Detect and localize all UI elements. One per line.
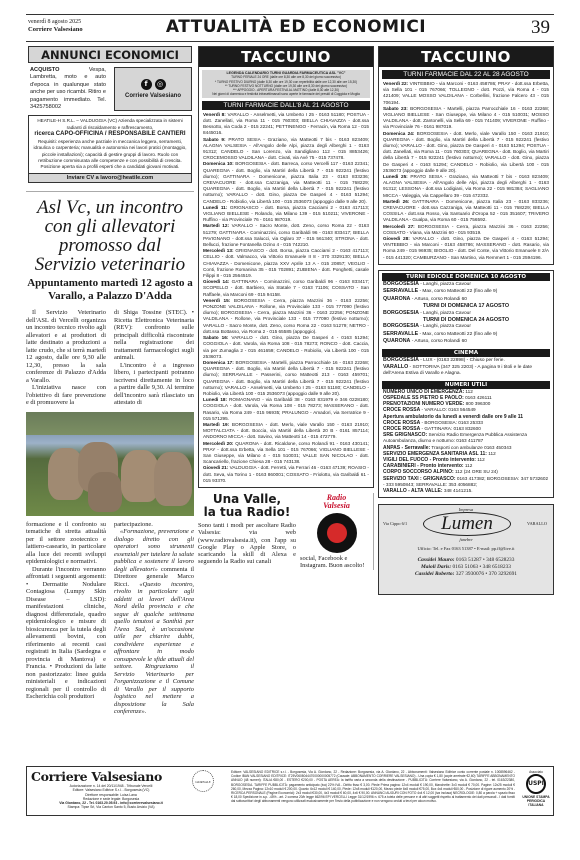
article-paragraph: di Shiga Tossine (STEC). • Ricetta Elett…	[114, 309, 194, 362]
pharmacy-entry: Sabato 16: VARALLO - dott. Gino, piazza …	[203, 335, 369, 360]
right-column: TACCUINO TURNI FARMACIE DAL 22 AL 28 AGO…	[378, 46, 554, 595]
edicola-line: SERRAVALLE - Max, corso Matteotti 22 (fi…	[379, 331, 553, 338]
edicola-line-value: - Langhi, piazza Cavour	[419, 324, 471, 329]
pharmacy-text: PRATO SESIA - Graziano, via Matteotti 7 …	[203, 137, 369, 161]
numero-utile-value: - VARALLO: 0163 564549	[420, 407, 475, 412]
numeri-utili-header: NUMERI UTILI	[382, 381, 550, 389]
header-dateline: venerdì 8 agosto 2025 Corriere Valsesian…	[28, 18, 83, 34]
edicola-line-label: SERRAVALLE	[383, 288, 418, 294]
article-subtitle: Appuntamento martedì 12 agosto a Varallo…	[26, 277, 194, 303]
social-box[interactable]: f ◎ Corriere Valsesiano	[114, 67, 192, 111]
pharmacy-day: Sabato 16:	[203, 335, 228, 340]
numero-utile-label: SRE GRIGNASCO:	[383, 432, 427, 438]
lumen-person-phones: 327 3930076 • 370 3292691	[454, 571, 517, 577]
lumen-person-phones: 0163 51063 • 348 6518233	[451, 564, 511, 570]
article-columns-bottom: formazione e il confronto su tematiche d…	[26, 521, 194, 716]
info-box: TURNI EDICOLE DOMENICA 10 AGOSTO BORGOSE…	[378, 270, 554, 498]
edicola-line: QUARONA - Artuso, corso Rolandi 60	[379, 338, 553, 345]
cinema-list: BORGOSESIA - LUX - (0163 22898) - Chiuso…	[379, 357, 553, 378]
article-col-1-bottom: formazione e il confronto su tematiche d…	[26, 521, 106, 716]
vinyl-mascot-icon	[317, 513, 357, 553]
edicola-line-value: - Langhi, piazza Cavour	[419, 282, 471, 287]
edicola-line: BORGOSESIA - Langhi, piazza Cavour	[379, 323, 553, 330]
numero-utile-value: 800 396300	[464, 401, 490, 406]
edicola-line-label: SERRAVALLE	[383, 331, 418, 337]
article-paragraph: L'incontro è a ingresso libero, i partec…	[114, 362, 194, 407]
numero-utile-label: OSPEDALE SS PIETRO E PAOLO:	[383, 395, 464, 401]
pharmacy-day: Martedì 12:	[203, 223, 229, 228]
numero-utile-value: 348 4141215.	[443, 488, 473, 493]
pharmacy-entry: Lunedì 25: PRATO SESIA - Graziano, via M…	[383, 174, 549, 199]
header-date: venerdì 8 agosto 2025	[28, 18, 83, 26]
numero-utile-value: Trasporti con ambulanze 0163 450343	[430, 445, 511, 450]
pharmacy-day: Venerdì 8:	[203, 112, 226, 117]
acquisto-row: ACQUISTO Vespa, Lambretta, moto e auto d…	[26, 67, 194, 111]
numero-utile-label: VARALLO - ALTA VALLE:	[383, 488, 443, 494]
pharmacy-day: Lunedì 11:	[203, 205, 227, 210]
radio-logo: Radio Valsesia	[323, 494, 350, 510]
pharmacy-text: BORGOSESIA - dott. Merlo, viale Varallo …	[383, 131, 549, 173]
numero-utile-value: 112 (24 ORE SU 24)	[454, 469, 498, 474]
radio-logo-line: Valsesia	[323, 502, 350, 510]
stamp-icon: GIORNALE	[192, 770, 214, 792]
pharmacy-entry: Lunedì 11: GRIGNASCO - dott. Borsa, piaz…	[203, 205, 369, 224]
numero-utile-label: ANPAS - Serravalle:	[383, 445, 430, 451]
pharmacy-entry: Domenica 17: BORGOSESIA - Martelli, piaz…	[203, 360, 369, 397]
lumen-ad: Impresa Via Cippo 6/1 Lumen VARALLO fune…	[378, 504, 554, 595]
article-col-1: Il Servizio Veterinario dell'ASL di Verc…	[26, 309, 106, 407]
edicola-line-value: - Max, corso Matteotti 22 (fino alle 9)	[418, 332, 497, 337]
numero-utile-value: 112	[476, 457, 485, 462]
masthead-footer: Corriere Valsesiano GIORNALE Autorizzazi…	[26, 766, 554, 816]
turni-header: TURNI FARMACIE DAL 22 AL 28 AGOSTO	[382, 70, 550, 79]
pharmacy-day: Martedì 26:	[383, 199, 409, 204]
edicole-group: BORGOSESIA - Langhi, piazza CavourSERRAV…	[379, 281, 553, 303]
social-name: Corriere Valsesiano	[125, 93, 181, 99]
pharmacy-entry: Domenica 24: BORGOSESIA - dott. Merlo, v…	[383, 131, 549, 174]
numero-utile: SRE GRIGNASCO: Servizio Radio Emergenza …	[379, 432, 553, 444]
lumen-contact-person: Maioli Daris: 0163 51063 • 348 6518233	[379, 564, 553, 571]
radio-title: Una Valle, la tua Radio!	[198, 493, 296, 519]
pharmacy-day: Lunedì 18:	[203, 397, 227, 402]
uspi-text: UNIONE STAMPA PERIODICA ITALIANA	[519, 795, 553, 807]
heatile-body: Requisiti: esperienza anche parziale in …	[32, 139, 188, 171]
cinema-line: BORGOSESIA - LUX - (0163 22898) - Chiuso…	[379, 357, 553, 364]
pharmacy-entry: Lunedì 18: ROMAGNANO - via Garibaldi 38 …	[203, 397, 369, 422]
numero-utile: SERVIZIO TAXI : GRIGNASCO: 0163 417382; …	[379, 476, 553, 488]
numero-utile-label: CROCE ROSSA	[383, 426, 420, 432]
numero-utile-value: 112	[464, 389, 473, 394]
uspi-logo-icon: USPI	[526, 774, 546, 794]
edicola-line-label: QUARONA	[383, 296, 410, 302]
radio-ad-text: Una Valle, la tua Radio! Sono tanti i mo…	[198, 493, 300, 570]
edicola-line-label: QUARONA	[383, 338, 410, 344]
turni-list: Venerdì 8: VARALLO - Anselmetti, via Umb…	[199, 110, 373, 487]
numero-utile-label: CORPO SOCCORSO ALPINO:	[383, 469, 454, 475]
pharmacy-entry: Martedì 19: BORGOSESIA - dott. Merlo, vi…	[203, 422, 369, 441]
numero-utile-label: NUMERO UNICO DI EMERGENZA:	[383, 389, 464, 395]
lumen-person-phones: 0163 51287 • 348 6528233	[455, 557, 515, 563]
cows-photo	[26, 412, 194, 516]
pharmacy-entry: Venerdì 15: BORGOSESIA - Cerra, piazza M…	[203, 298, 369, 335]
pharmacy-entry: Venerdì 22: VINTEBBIO - via Marconi - 01…	[383, 81, 549, 106]
edicola-line-label: BORGOSESIA	[383, 323, 419, 329]
edicole-header: TURNI EDICOLE DOMENICA 10 AGOSTO	[382, 273, 550, 281]
pharmacy-day: Venerdì 15:	[203, 298, 230, 303]
cow-shape	[154, 452, 192, 506]
numero-utile-label: VIGILI DEL FUOCO - Pronto intervento:	[383, 457, 476, 463]
turni-list: Venerdì 22: VINTEBBIO - via Marconi - 01…	[379, 79, 553, 264]
footer-print: Stampa: Tipse Srl, Via Canton Santo 5, B…	[31, 805, 191, 809]
edicola-line-value: - Langhi, piazza Cavour	[419, 311, 471, 316]
numero-utile-value: 112	[464, 463, 473, 468]
pharmacy-day: Domenica 10:	[203, 161, 234, 166]
middle-column: TACCUINO LEGENDA CALENDARIO TURNI GUARDI…	[198, 46, 374, 570]
numero-utile-value: 112	[487, 451, 496, 456]
legend-line: Nei giorni di domenica e festività infra…	[204, 92, 368, 96]
pharmacy-text: VINTEBBIO - via Marconi - 0163 458786; P…	[383, 81, 549, 105]
lumen-contacts: Ufficio: Tel. e Fax 0163 51387 • E-mail:…	[379, 546, 553, 551]
pharmacy-day: Mercoledì 13:	[203, 248, 234, 253]
radio-body: Sono tanti i modi per ascoltare Radio Va…	[198, 522, 296, 566]
numero-utile-label: CROCE ROSSA	[383, 407, 420, 413]
heatile-cta[interactable]: Inviare CV a lavoro@heatile.com	[29, 173, 191, 182]
edicola-line-value: - Artuso, corso Rolandi 60	[410, 297, 467, 302]
article-col-2: di Shiga Tossine (STEC). • Ricetta Elett…	[114, 309, 194, 407]
article-paragraph: partecipazione.	[114, 521, 194, 529]
edicola-line-label: BORGOSESIA	[383, 281, 419, 287]
pharmacy-entry: Giovedì 28: VARALLO - dott. Gino, piazza…	[383, 236, 549, 261]
lumen-funebre: funebre	[379, 537, 553, 542]
article-paragraph: formazione e il confronto su tematiche d…	[26, 521, 106, 566]
pharmacy-day: Mercoledì 20:	[203, 441, 233, 446]
lumen-person-name: Maioli Daris:	[421, 564, 451, 570]
edicola-line-value: - Artuso, corso Rolandi 60	[410, 339, 467, 344]
cow-shape	[88, 472, 122, 512]
lumen-person-name: Cassidei Roberto:	[415, 571, 454, 577]
edicole-group: BORGOSESIA - Langhi, piazza CavourSERRAV…	[379, 323, 553, 345]
numero-utile-label: CROCE ROSSA	[383, 420, 420, 426]
edicola-line-label: BORGOSESIA	[383, 310, 419, 316]
turni-header: TURNI FARMACIE DALL'8 AL 21 AGOSTO	[202, 101, 370, 110]
pharmacy-day: Domenica 24:	[383, 131, 414, 136]
numero-utile-label: SERVIZIO EMERGENZA SANITARIA ASL 11:	[383, 451, 487, 457]
pharmacy-entry: Mercoledì 20: QUARONA - dott. Ricaldone,…	[203, 441, 369, 466]
edicola-line-value: - Max, corso Matteotti 22 (fino alle 9)	[418, 289, 497, 294]
pharmacy-text: BORGOSESIA - dott. Barreca, corso Vercel…	[203, 161, 369, 203]
article-paragraph: Durante l'incontro verranno affrontati i…	[26, 566, 106, 701]
radio-ad: Una Valle, la tua Radio! Sono tanti i mo…	[198, 493, 374, 570]
pharmacy-entry: Martedì 26: GATTINARA - Domenicone, piaz…	[383, 199, 549, 224]
acquisto-text: Vespa, Lambretta, moto e auto d'epoca in…	[30, 67, 106, 110]
article-quote: «Questo incontro, rivolto in particolare…	[114, 581, 194, 716]
numero-utile-value: - GATTINARA: 0163 832600	[420, 426, 481, 431]
instagram-icon[interactable]: ◎	[155, 79, 166, 90]
footer-legal: Editore: VALSESIANO EDITRICE s.r.l. - Bo…	[227, 767, 519, 815]
pharmacy-text: ROMAGNANO - via Garibaldi 38 - 0163 8319…	[203, 397, 369, 421]
annunci-header: ANNUNCI ECONOMICI	[28, 46, 192, 63]
pharmacy-entry: Venerdì 8: VARALLO - Anselmetti, via Umb…	[203, 112, 369, 137]
pharmacy-entry: Giovedì 14: GATTINARA - Cominazzini, cor…	[203, 279, 369, 298]
lumen-address: Via Cippo 6/1	[383, 521, 407, 526]
pharmacy-day: Venerdì 22:	[383, 81, 408, 86]
pharmacy-day: Giovedì 21:	[203, 465, 228, 470]
pharmacy-day: Domenica 17:	[203, 360, 234, 365]
radio-ad-logo: Radio Valsesia social, Facebook e Instag…	[300, 493, 373, 570]
section-title: ATTUALITÀ ED ECONOMICI	[156, 17, 436, 37]
edicola-line: BORGOSESIA - Langhi, piazza Cavour	[379, 281, 553, 288]
pharmacy-entry: Mercoledì 13: GRIGNASCO - dott. Borsa, p…	[203, 248, 369, 279]
numero-utile-value: 0163 426111	[464, 395, 492, 400]
pharmacy-text: BORGOSESIA - Martelli, piazza Parrocchia…	[383, 106, 549, 130]
pharmacy-text: VALDUGGIA - dott. Ferretti, via Ferrari …	[203, 465, 369, 482]
acquisto-ad: ACQUISTO Vespa, Lambretta, moto e auto d…	[26, 67, 106, 111]
cinema-line-label: VARALLO	[383, 364, 408, 370]
lumen-contact-person: Cassidei Mauro: 0163 51287 • 348 6528233	[379, 557, 553, 564]
facebook-icon[interactable]: f	[141, 79, 152, 90]
pharmacy-text: BORGOSESIA - Martelli, piazza Parrocchia…	[203, 360, 369, 396]
article-paragraph: Il Servizio Veterinario dell'ASL di Verc…	[26, 309, 106, 384]
uspi-badge: Associato USPI UNIONE STAMPA PERIODICA I…	[519, 767, 553, 815]
pharmacy-text: VARALLO - Anselmetti, via Umberto I 25 -…	[203, 112, 369, 136]
pharmacy-day: Giovedì 28:	[383, 236, 410, 241]
heatile-company: HEATILE-H S.R.L. – VALDUGGIA (VC) Aziend…	[32, 118, 188, 131]
pharmacy-text: PRATO SESIA - Graziano, via Matteotti 7 …	[383, 174, 549, 198]
cinema-line-label: BORGOSESIA	[383, 357, 419, 363]
pharmacy-entry: Giovedì 21: VALDUGGIA - dott. Ferretti, …	[203, 465, 369, 484]
pharmacy-legend: LEGENDA CALENDARIO TURNI GUARDIA FARMACE…	[202, 70, 370, 98]
cinema-header: CINEMA	[382, 349, 550, 357]
numero-utile-label: Apertura ambulatorio da lunedì a venerdì…	[383, 414, 523, 420]
pharmacy-entry: Mercoledì 27: BORGOSESIA - Cerra, piazza…	[383, 224, 549, 236]
newspaper-page: venerdì 8 agosto 2025 Corriere Valsesian…	[26, 0, 554, 860]
pharmacy-text: VARALLO - dott. Gino, piazza De Gasperi …	[203, 335, 369, 359]
article-columns-top: Il Servizio Veterinario dell'ASL di Verc…	[26, 309, 194, 407]
pharmacy-day: Giovedì 14:	[203, 279, 229, 284]
numero-utile: VARALLO - ALTA VALLE: 348 4141215.	[379, 488, 553, 494]
numero-utile-value: - BORGOSESIA: 0163 25333	[420, 420, 483, 425]
pharmacy-day: Martedì 19:	[203, 422, 229, 427]
pharmacy-entry: Sabato 23: BORGOSESIA - Martelli, piazza…	[383, 106, 549, 131]
cinema-line-value: - LUX - (0163 22898) - Chiuso per ferie.	[419, 358, 505, 363]
heatile-ad: HEATILE-H S.R.L. – VALDUGGIA (VC) Aziend…	[28, 115, 192, 183]
lumen-logo: Lumen	[423, 512, 511, 536]
edicole-group: BORGOSESIA - Langhi, piazza Cavour	[379, 310, 553, 317]
pharmacy-day: Sabato 23:	[383, 106, 408, 111]
numeri-utili-list: NUMERO UNICO DI EMERGENZA: 112OSPEDALE S…	[379, 389, 553, 494]
page-number: 39	[531, 17, 550, 39]
page-header: venerdì 8 agosto 2025 Corriere Valsesian…	[26, 14, 554, 42]
article-title: Asl Vc, un incontro con gli allevatori p…	[26, 198, 194, 274]
heatile-role: ricerca CAPO-OFFICINA / RESPONSABILE CAN…	[32, 131, 188, 139]
cinema-line: VARALLO - SOTTORIVA (347 325 2203) - A p…	[379, 364, 553, 378]
edicola-line: QUARONA - Artuso, corso Rolandi 60	[379, 296, 553, 303]
edicola-line: SERRAVALLE - Max, corso Matteotti 22 (fi…	[379, 288, 553, 295]
lumen-person-name: Cassidei Mauro:	[418, 557, 455, 563]
footer-masthead: Corriere Valsesiano GIORNALE Autorizzazi…	[27, 767, 227, 815]
article-paragraph: L'iniziativa nasce con l'obiettivo di fa…	[26, 384, 106, 407]
pharmacy-entry: Sabato 9: PRATO SESIA - Graziano, via Ma…	[203, 137, 369, 162]
lumen-people: Cassidei Mauro: 0163 51287 • 348 6528233…	[379, 557, 553, 578]
radio-title-line: la tua Radio!	[198, 506, 296, 519]
taccuino-left-box: TACCUINO LEGENDA CALENDARIO TURNI GUARDI…	[198, 46, 374, 488]
social-icons: f ◎	[141, 79, 166, 90]
pharmacy-text: GRIGNASCO - dott. Borsa, piazza Cacciami…	[203, 205, 369, 222]
article-col-2-bottom: partecipazione. «Formazione, prevenzione…	[114, 521, 194, 716]
pharmacy-day: Lunedì 25:	[383, 174, 408, 179]
radio-body-end: social, Facebook e Instagram. Buon ascol…	[300, 555, 373, 570]
edicola-line: BORGOSESIA - Langhi, piazza Cavour	[379, 310, 553, 317]
pharmacy-day: Sabato 9:	[203, 137, 226, 142]
taccuino-header: TACCUINO	[199, 47, 373, 67]
taccuino-right-box: TACCUINO TURNI FARMACIE DAL 22 AL 28 AGO…	[378, 46, 554, 265]
pharmacy-day: Mercoledì 27:	[383, 224, 415, 229]
numero-utile-label: PRENOTAZIONI NUMERO VERDE:	[383, 401, 464, 407]
header-publication: Corriere Valsesiano	[28, 26, 83, 34]
lumen-city: VARALLO	[527, 521, 547, 526]
pharmacy-entry: Domenica 10: BORGOSESIA - dott. Barreca,…	[203, 161, 369, 204]
numero-utile-label: CARABINIERI - Pronto intervento:	[383, 463, 464, 469]
pharmacy-entry: Martedì 12: VARALLO - Sacro Monte, dott.…	[203, 223, 369, 248]
numero-utile-label: SERVIZIO TAXI : GRIGNASCO:	[383, 476, 456, 482]
article: Asl Vc, un incontro con gli allevatori p…	[26, 191, 194, 716]
acquisto-keyword: ACQUISTO	[30, 67, 59, 73]
left-column: ANNUNCI ECONOMICI ACQUISTO Vespa, Lambre…	[26, 46, 194, 716]
pharmacy-text: BORGOSESIA - Cerra, piazza Mazzini 36 - …	[203, 298, 369, 334]
taccuino-header: TACCUINO	[379, 47, 553, 67]
lumen-contact-person: Cassidei Roberto: 327 3930076 • 370 3292…	[379, 571, 553, 578]
